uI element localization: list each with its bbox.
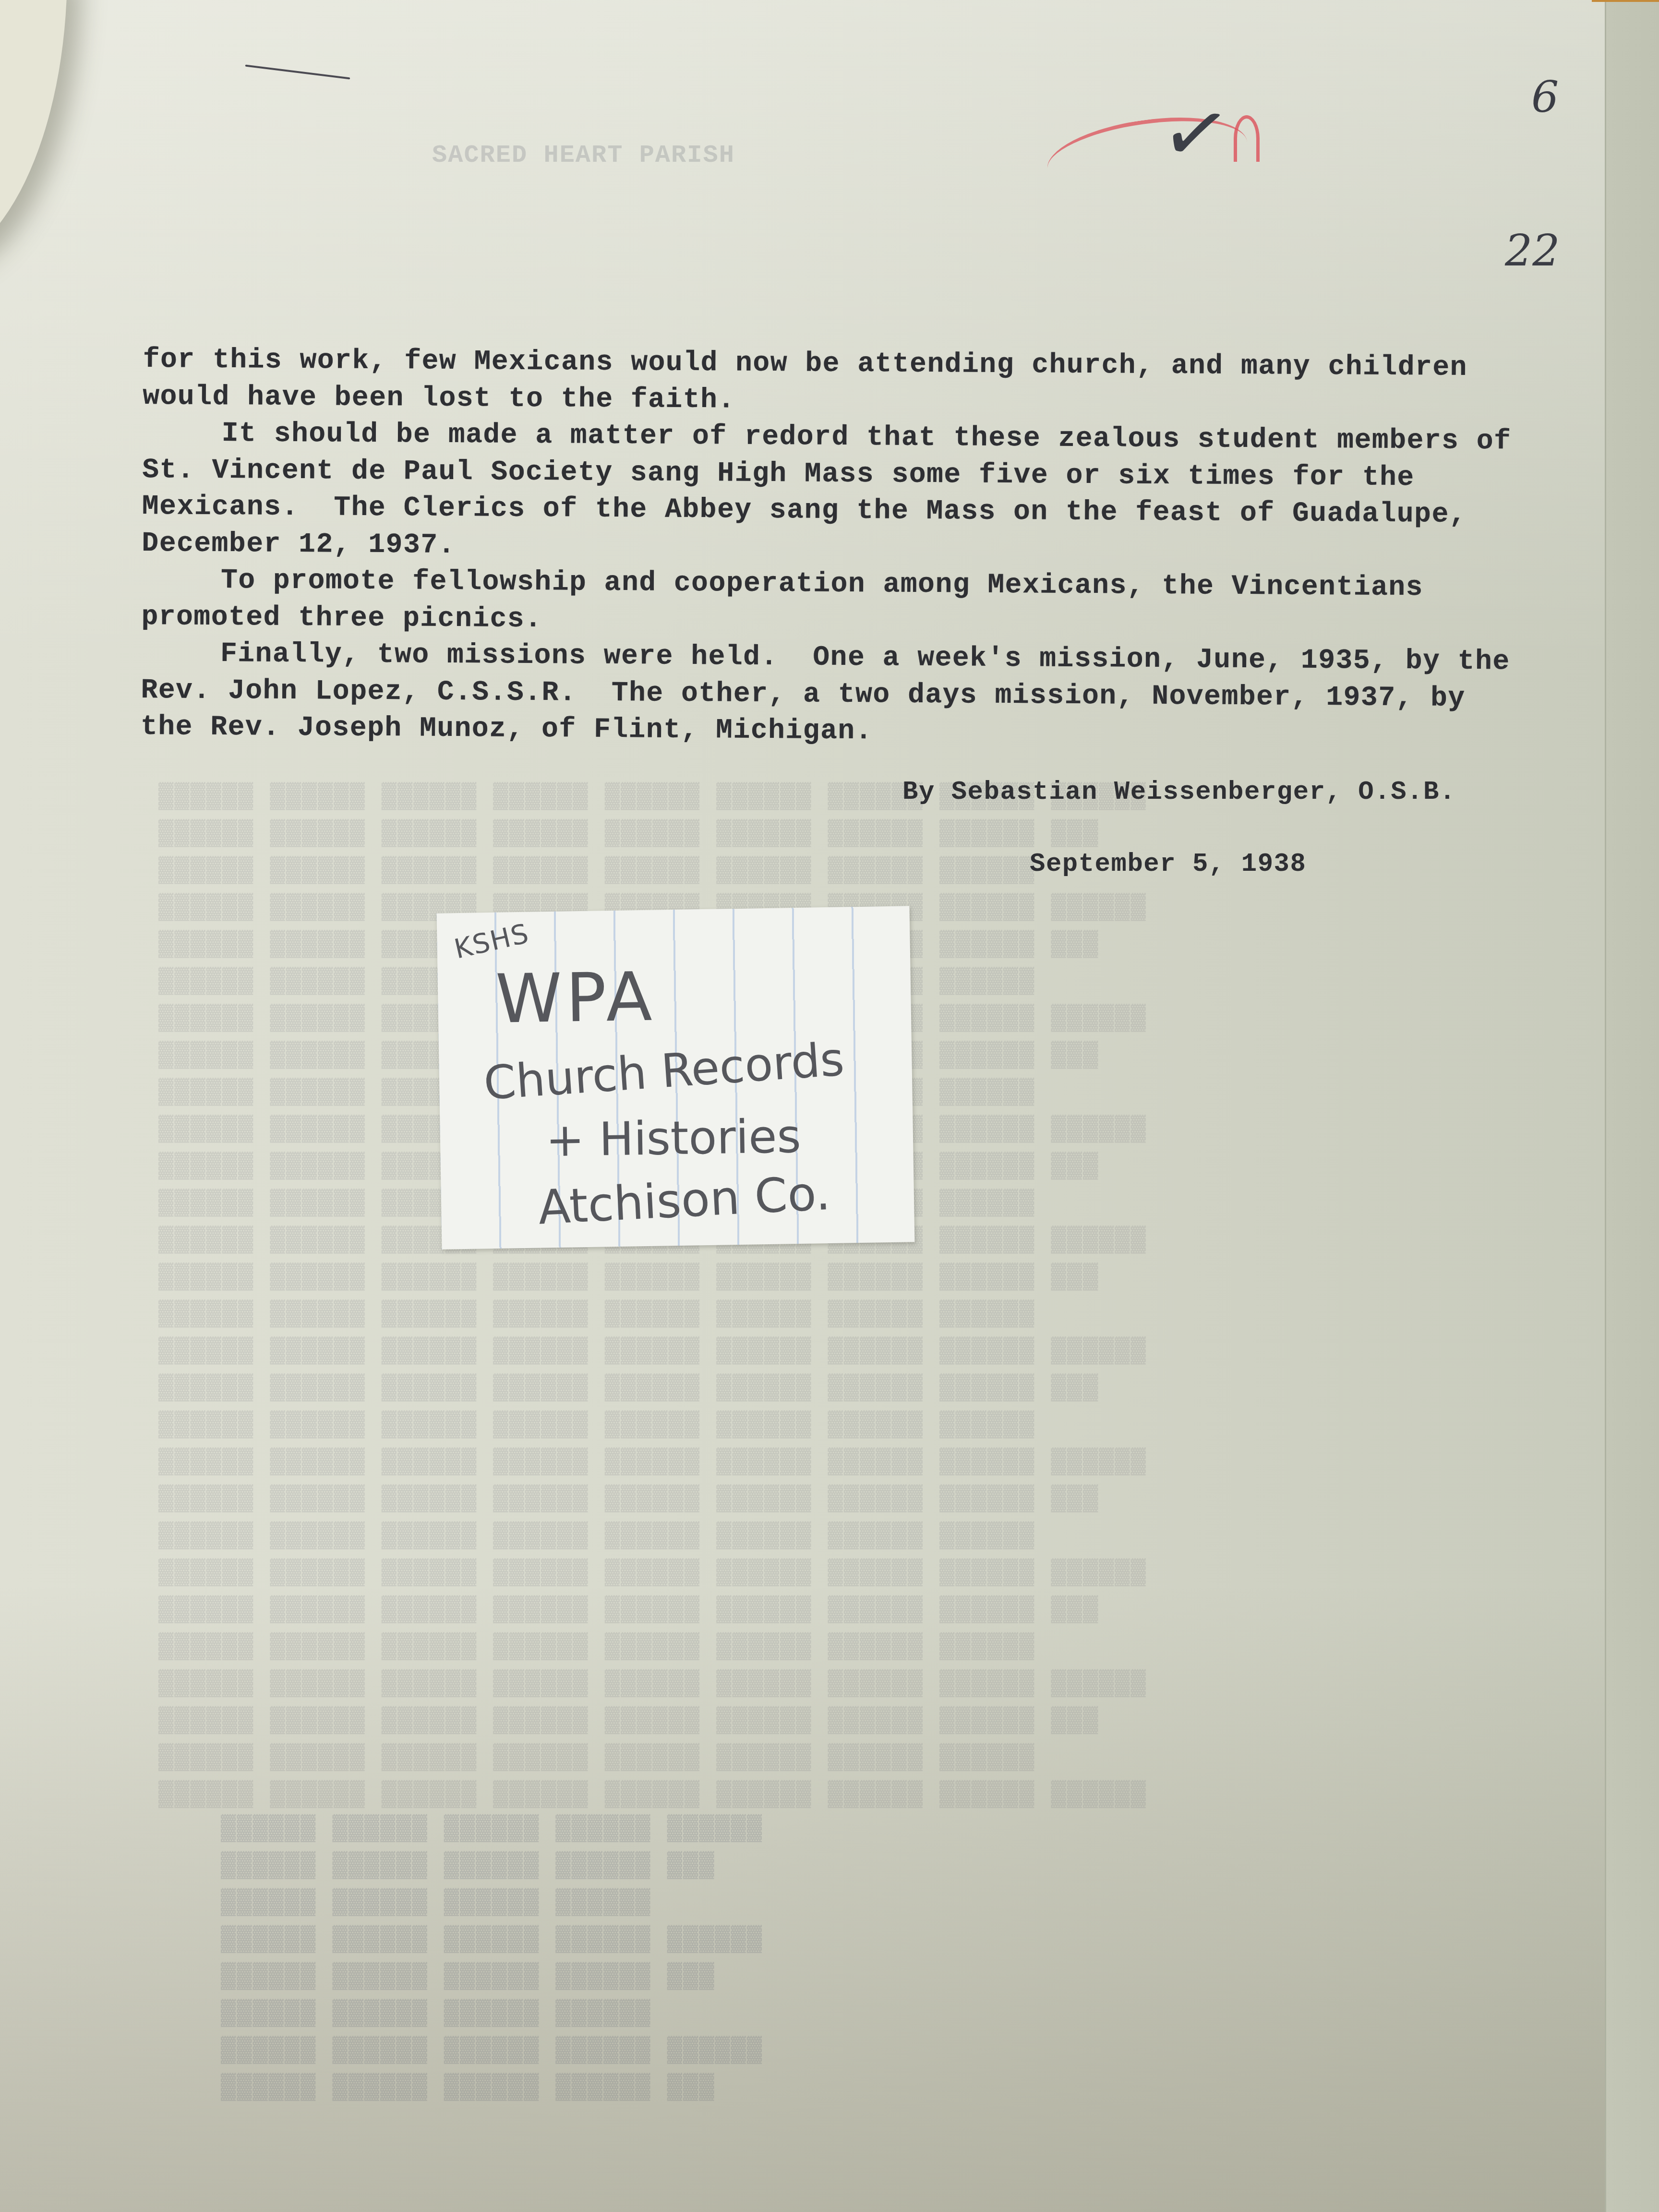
document-date: September 5, 1938 bbox=[1030, 850, 1306, 879]
note-program-label: WPA bbox=[495, 958, 656, 1039]
note-collection-label: Church Records bbox=[482, 1032, 846, 1110]
curled-previous-page bbox=[0, 0, 67, 269]
bleed-through-quote: ▓▓▓▓▓▓ ▓▓▓▓▓▓ ▓▓▓▓▓▓ ▓▓▓▓▓▓ ▓▓▓▓▓▓ ▓▓▓▓▓… bbox=[221, 1810, 763, 2105]
author-signature: By Sebastian Weissenberger, O.S.B. bbox=[902, 778, 1456, 807]
folder-edge bbox=[1592, 0, 1659, 2]
bleed-through-header: SACRED HEART PARISH bbox=[432, 137, 735, 174]
note-archive-label: KSHS bbox=[451, 918, 532, 965]
document-page: SACRED HEART PARISH ▓▓▓▓▓▓ ▓▓▓▓▓▓ ▓▓▓▓▓▓… bbox=[0, 0, 1659, 2212]
pen-stroke bbox=[245, 65, 350, 80]
red-pencil-mark-2 bbox=[1234, 115, 1260, 162]
typed-body: for this work, few Mexicans would now be… bbox=[141, 342, 1535, 754]
sticky-note: KSHS WPA Church Records + Histories Atch… bbox=[437, 906, 915, 1249]
note-county-label: Atchison Co. bbox=[537, 1166, 831, 1236]
page-number: 6 bbox=[1531, 72, 1559, 122]
note-collection-label-2: + Histories bbox=[545, 1109, 801, 1167]
page-edge-right bbox=[1605, 0, 1659, 2212]
archive-number: 22 bbox=[1505, 226, 1560, 276]
